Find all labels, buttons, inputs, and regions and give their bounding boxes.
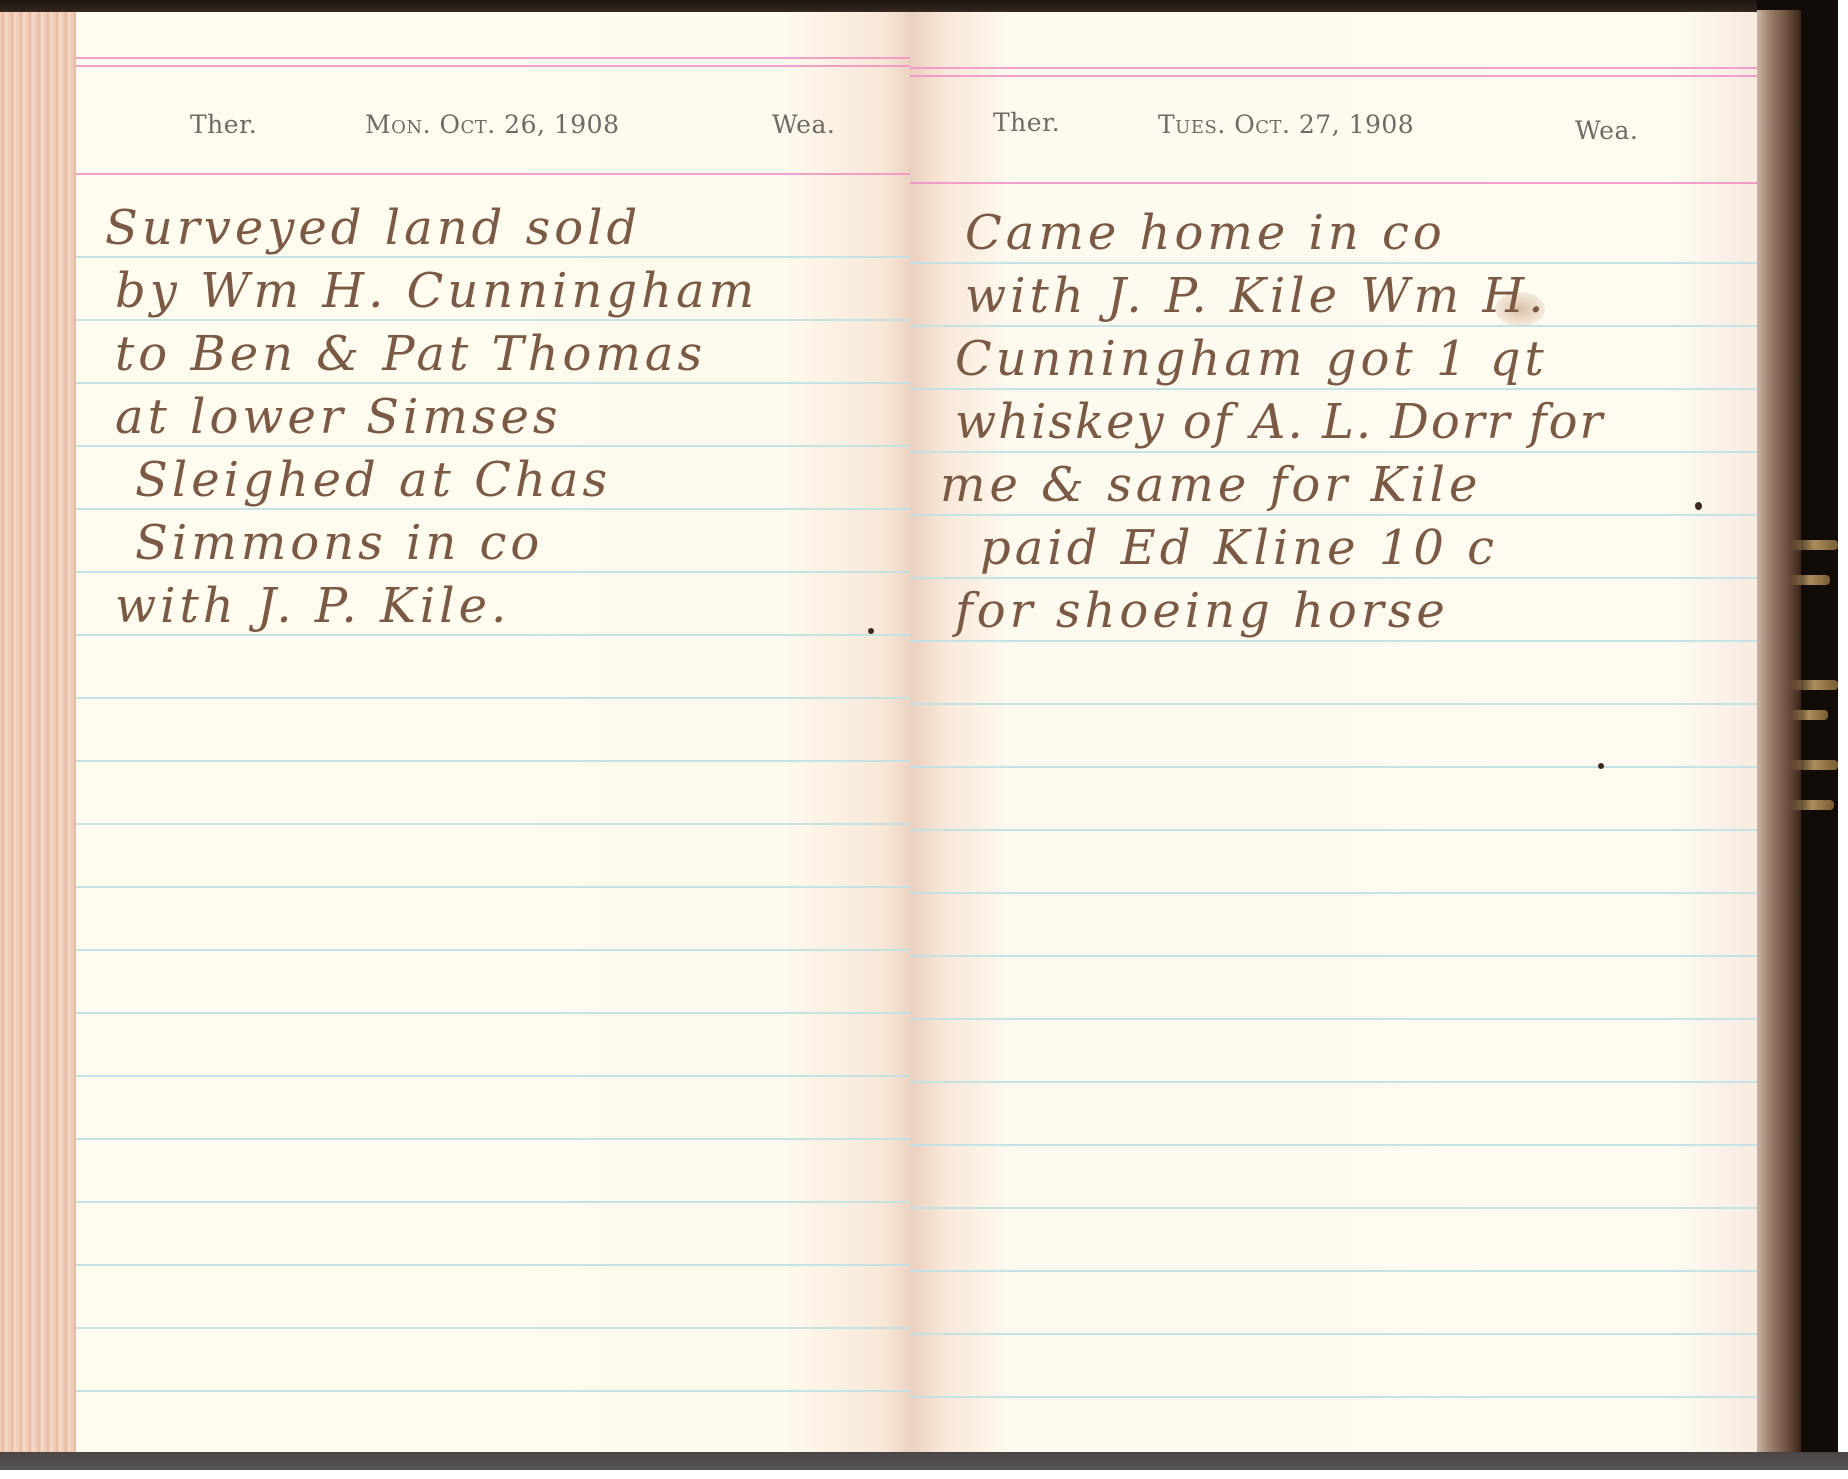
- bookmark-ribbon: [1790, 540, 1838, 550]
- header-rule: [76, 173, 910, 175]
- header-rule: [910, 75, 1757, 77]
- entry-line: whiskey of A. L. Dorr for: [955, 394, 1604, 450]
- wea-label: Wea.: [1575, 116, 1638, 145]
- ink-dot: [868, 628, 874, 634]
- header-rule: [76, 57, 910, 59]
- bookmark-ribbon: [1790, 800, 1834, 810]
- header-rule: [910, 182, 1757, 184]
- entry-line: at lower Simses: [115, 389, 562, 445]
- ink-dot: [1695, 502, 1702, 510]
- ink-dot: [1598, 763, 1604, 769]
- ther-label: Ther.: [190, 110, 257, 139]
- entry-line: for shoeing horse: [955, 583, 1449, 639]
- page-date: Mon. Oct. 26, 1908: [365, 110, 620, 139]
- entry-line: to Ben & Pat Thomas: [115, 326, 706, 382]
- entry-line: Came home in co: [965, 205, 1446, 261]
- header-rule: [76, 65, 910, 67]
- bookmark-ribbon: [1790, 680, 1838, 690]
- page-date: Tues. Oct. 27, 1908: [1158, 110, 1414, 139]
- entry-line: with J. P. Kile.: [115, 578, 510, 634]
- book-page-stack-right: [1757, 10, 1801, 1460]
- entry-line: Cunningham got 1 qt: [955, 331, 1548, 387]
- entry-line: with J. P. Kile Wm H.: [965, 268, 1547, 324]
- ther-label: Ther.: [993, 108, 1060, 137]
- scan-margin: [0, 1470, 1848, 1479]
- wea-label: Wea.: [772, 110, 835, 139]
- entry-line: Sleighed at Chas: [135, 452, 611, 508]
- entry-line: Surveyed land sold: [105, 200, 641, 256]
- entry-line: paid Ed Kline 10 c: [980, 520, 1498, 576]
- header-rule: [910, 67, 1757, 69]
- scan-margin: [1838, 0, 1848, 1479]
- bookmark-ribbon: [1790, 575, 1830, 585]
- entry-line: Simmons in co: [135, 515, 543, 571]
- entry-line: me & same for Kile: [940, 457, 1481, 513]
- bookmark-ribbon: [1790, 710, 1828, 720]
- entry-line: by Wm H. Cunningham: [115, 263, 758, 319]
- bookmark-ribbon: [1790, 760, 1838, 770]
- book-page-stack-left: [0, 12, 76, 1454]
